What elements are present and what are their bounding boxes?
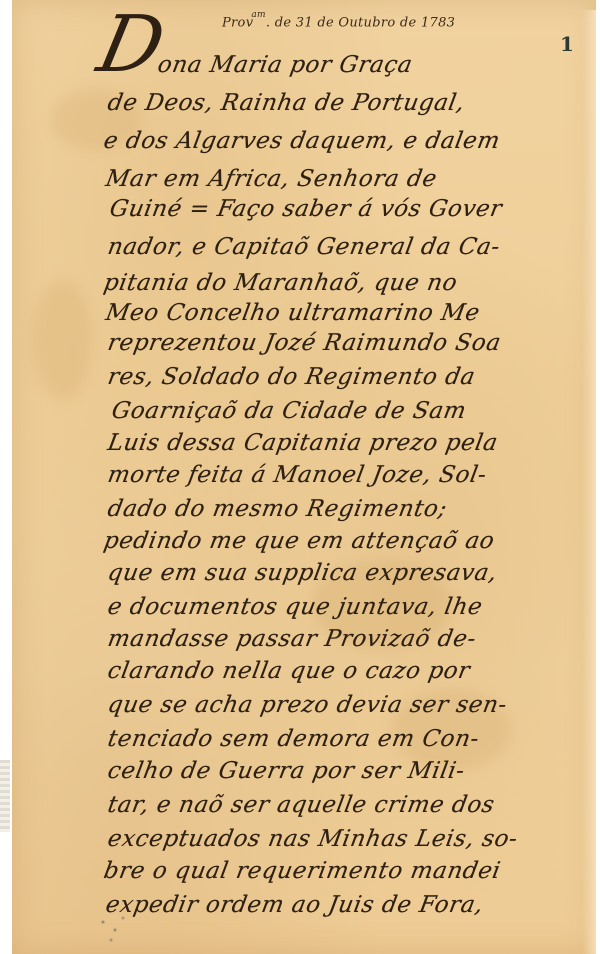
text-line: exceptuados nas Minhas Leis, so- bbox=[106, 826, 520, 852]
text-line: Guiné = Faço saber á vós Gover bbox=[108, 196, 505, 222]
dateline-text: . de 31 de Outubro de 1783 bbox=[266, 15, 455, 30]
text-line: tar, e naõ ser aquelle crime dos bbox=[106, 792, 497, 818]
binding-tab bbox=[0, 760, 10, 832]
text-line: Goarniçaõ da Cidade de Sam bbox=[110, 398, 469, 424]
text-line: reprezentou Jozé Raimundo Soa bbox=[106, 330, 503, 356]
text-line: expedir ordem ao Juis de Fora, bbox=[104, 892, 486, 918]
text-line: mandasse passar Provizaõ de- bbox=[106, 626, 479, 652]
text-line: que se acha prezo devia ser sen- bbox=[106, 692, 509, 718]
text-line: nador, e Capitaõ General da Ca- bbox=[106, 234, 502, 260]
text-line: res, Soldado do Regimento da bbox=[106, 364, 478, 390]
text-line: morte feita á Manoel Joze, Sol- bbox=[106, 462, 489, 488]
text-line: dado do mesmo Regimento; bbox=[106, 496, 449, 522]
text-line: pitania do Maranhaõ, que no bbox=[102, 270, 460, 296]
text-line: e documentos que juntava, lhe bbox=[106, 594, 485, 620]
page-number: 1 bbox=[560, 32, 574, 56]
text-line: celho de Guerra por ser Mili- bbox=[106, 758, 467, 784]
text-line: e dos Algarves daquem, e dalem bbox=[102, 128, 502, 154]
text-line: bre o qual requerimento mandei bbox=[102, 858, 503, 884]
text-line: que em sua supplica expresava, bbox=[106, 560, 500, 586]
dateline-superscript: am bbox=[251, 10, 266, 20]
text-line: pedindo me que em attençaõ ao bbox=[102, 528, 497, 554]
text-line: Meo Concelho ultramarino Me bbox=[104, 300, 482, 326]
text-line: tenciado sem demora em Con- bbox=[106, 726, 482, 752]
text-line: clarando nella que o cazo por bbox=[106, 658, 473, 684]
text-line: de Deos, Rainha de Portugal, bbox=[106, 90, 467, 116]
text-line: Luis dessa Capitania prezo pela bbox=[106, 430, 500, 456]
text-line: ona Maria por Graça bbox=[156, 52, 415, 78]
paper-stain bbox=[32, 280, 92, 400]
text-line: Mar em Africa, Senhora de bbox=[104, 166, 439, 192]
dateline: Provam. de 31 de Outubro de 1783 bbox=[222, 14, 455, 30]
paper-fold-edge bbox=[582, 10, 596, 954]
dateline-prefix: Prov bbox=[222, 15, 253, 30]
